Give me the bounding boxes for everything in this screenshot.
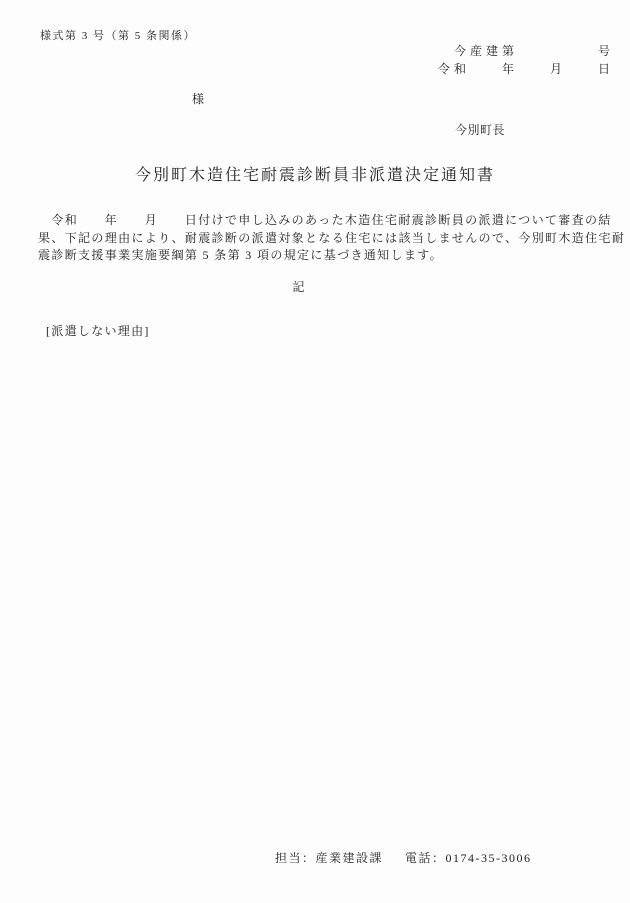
document-page: 様式第 3 号（第 5 条関係） 今産建第 号 令和 年 月 日 様 今別町長 …	[0, 0, 630, 903]
addressee-line: 様	[192, 90, 205, 107]
body-line: 震診断支援事業実施要綱第 5 条第 3 項の規定に基づき通知します。	[38, 247, 625, 265]
sender-line: 今別町長	[455, 121, 505, 138]
contact-phone: 電話：0174-35-3006	[405, 849, 532, 866]
contact-staff: 担当：産業建設課	[275, 849, 383, 866]
body-line: 果、下記の理由により、耐震診断の派遣対象となる住宅には該当しませんので、今別町木…	[38, 230, 625, 248]
ki-heading: 記	[0, 278, 598, 295]
reason-label: [派遣しない理由]	[46, 322, 150, 339]
form-number: 様式第 3 号（第 5 条関係）	[40, 27, 196, 43]
date-line: 令和 年 月 日	[438, 60, 614, 78]
body-paragraph: 令和 年 月 日付けで申し込みのあった木造住宅耐震診断員の派遣について審査の結 …	[38, 212, 625, 265]
reference-number-line: 今産建第 号	[438, 42, 614, 60]
body-line: 令和 年 月 日付けで申し込みのあった木造住宅耐震診断員の派遣について審査の結	[38, 212, 625, 230]
contact-footer: 担当：産業建設課 電話：0174-35-3006	[275, 849, 532, 866]
document-title: 今別町木造住宅耐震診断員非派遣決定通知書	[0, 162, 630, 185]
reference-block: 今産建第 号 令和 年 月 日	[438, 42, 614, 78]
